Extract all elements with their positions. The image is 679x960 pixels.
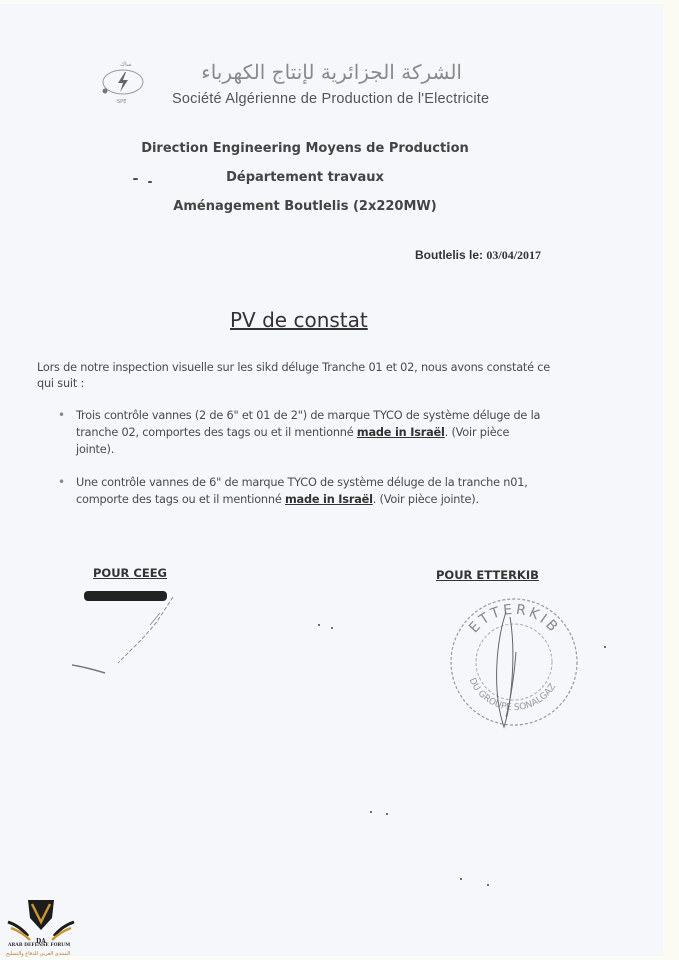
- scan-speck: [318, 624, 320, 626]
- page-edge: [663, 0, 679, 960]
- document-title: PV de constat: [230, 308, 368, 332]
- header-direction: Direction Engineering Moyens de Producti…: [0, 141, 610, 156]
- signature-label-etterkib: POUR ETTERKIB: [436, 568, 539, 582]
- forum-name-arabic: المنتدى العربي للدفاع والتسليح: [6, 951, 70, 957]
- scan-speck: [148, 181, 152, 183]
- scan-speck: [331, 627, 333, 629]
- company-name-french: Société Algérienne de Production de l'El…: [172, 91, 489, 107]
- emphasis-made-in: made in Israël: [357, 426, 445, 439]
- date-label: Boutlelis le:: [415, 248, 483, 262]
- scan-speck: [370, 811, 372, 813]
- svg-text:SPE: SPE: [117, 99, 126, 104]
- signature-label-ceeg: POUR CEEG: [93, 566, 167, 580]
- scan-speck: [460, 878, 462, 880]
- finding-item: Une contrôle vannes de 6" de marque TYCO…: [58, 474, 548, 508]
- forum-name: ARAB DEFENSE FORUM: [8, 943, 70, 948]
- emphasis-made-in: made in Israël: [285, 493, 373, 506]
- company-stamp-icon: ETTERKIB DU GROUPE SONALGAZ: [444, 592, 584, 732]
- header-project: Aménagement Boutlelis (2x220MW): [0, 199, 610, 214]
- date-value: 03/04/2017: [486, 248, 541, 262]
- svg-text:ETTERKIB: ETTERKIB: [466, 602, 562, 637]
- scan-speck: [386, 813, 388, 815]
- header-department: Département travaux: [0, 170, 610, 185]
- date-line: Boutlelis le: 03/04/2017: [415, 248, 541, 263]
- signature-scribble-icon: [60, 595, 190, 685]
- findings-list: Trois contrôle vannes (2 de 6" et 01 de …: [58, 407, 548, 524]
- intro-paragraph: Lors de notre inspection visuelle sur le…: [37, 360, 562, 392]
- finding-item: Trois contrôle vannes (2 de 6" et 01 de …: [58, 407, 548, 458]
- scan-speck: [487, 884, 489, 886]
- company-logo-icon: ﺳﺎﻙ SPE: [100, 58, 146, 104]
- scan-speck: [133, 178, 138, 180]
- company-name-arabic: الشركة الجزائرية لإنتاج الكهرباء: [172, 60, 462, 84]
- svg-text:ﺳﺎﻙ: ﺳﺎﻙ: [120, 61, 132, 68]
- scan-speck: [604, 646, 606, 648]
